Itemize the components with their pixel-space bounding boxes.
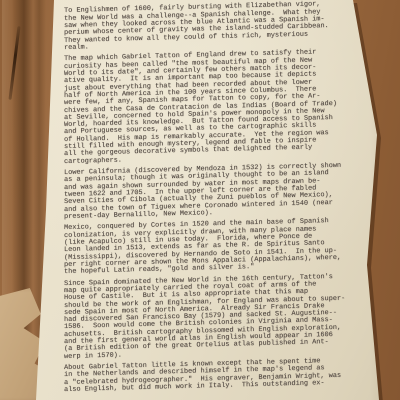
photo-background: THE NEW WORLD--1600 To Englishmen of 160… [0, 0, 400, 400]
document-text: THE NEW WORLD--1600 To Englishmen of 160… [64, 0, 356, 398]
paper-sheet: THE NEW WORLD--1600 To Englishmen of 160… [0, 0, 400, 400]
document-title: THE NEW WORLD--1600 [64, 0, 356, 4]
paragraph-about-tatton: About Gabriel Tatton little is known exc… [64, 357, 356, 394]
paragraph-map-origin: The map which Gabriel Tatton of England … [64, 49, 356, 166]
paragraph-spain-england: Since Spain dominated the New World in t… [64, 273, 356, 361]
paragraph-mexico-florida: Mexico, conquered by Cortes in 1520 and … [64, 218, 356, 277]
paragraph-lower-california: Lower California (discovered by Mendoza … [64, 162, 356, 221]
paragraph-intro: To Englishmen of 1600, fairly bursting w… [64, 1, 356, 52]
